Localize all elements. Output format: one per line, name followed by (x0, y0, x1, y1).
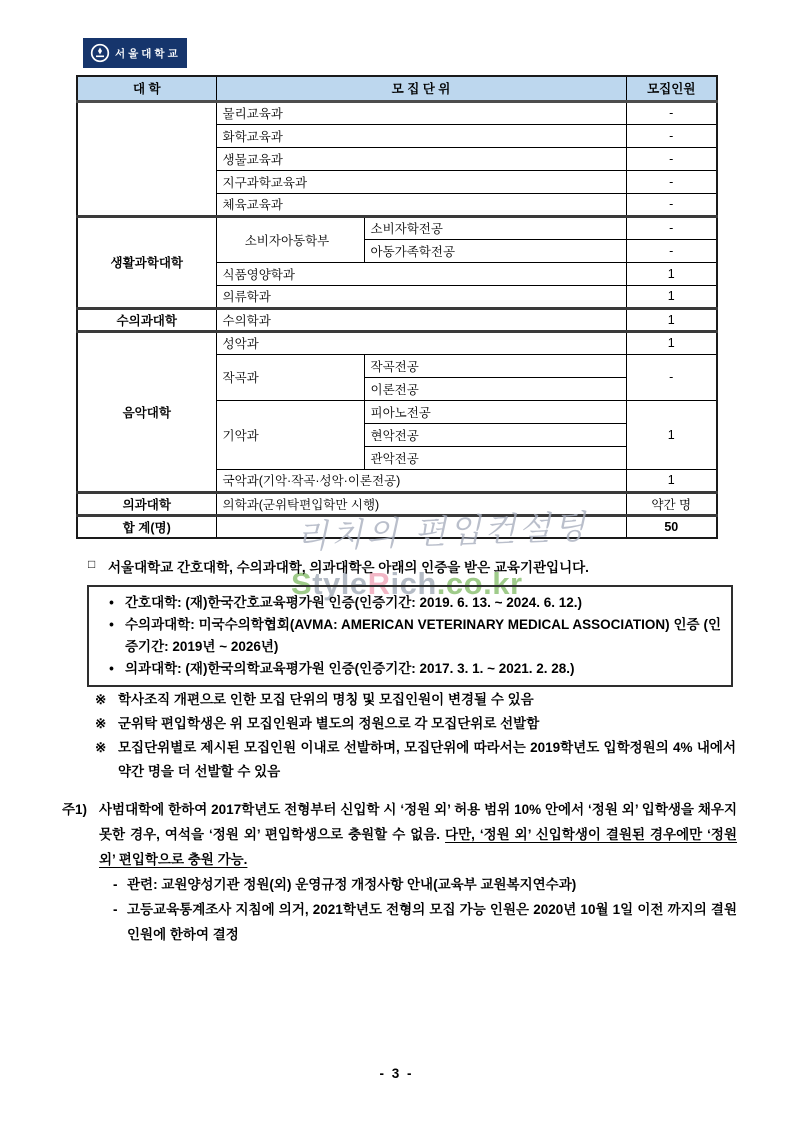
reference-mark-icon: ※ (95, 736, 118, 784)
cell-major: 이론전공 (364, 377, 626, 400)
cell-quota: - (626, 239, 717, 262)
cell-major: 관악전공 (364, 446, 626, 469)
header-unit: 모 집 단 위 (216, 76, 626, 101)
cell-quota: - (626, 170, 717, 193)
table-row: 생활과학대학 소비자아동학부 소비자학전공 - (77, 216, 717, 239)
dash-marker: - (113, 897, 127, 947)
footnote-paragraph: 주1) 사범대학에 한하여 2017학년도 전형부터 신입학 시 ‘정원 외’ … (62, 797, 737, 872)
footnote-text: 사범대학에 한하여 2017학년도 전형부터 신입학 시 ‘정원 외’ 허용 범… (99, 797, 737, 872)
cell-unit: 지구과학교육과 (216, 170, 626, 193)
cell-unit: 물리교육과 (216, 101, 626, 124)
cell-major: 아동가족학전공 (364, 239, 626, 262)
cell-quota: - (626, 101, 717, 124)
dash-marker: - (113, 872, 127, 897)
cell-dept: 기악과 (216, 400, 364, 469)
reference-mark-icon: ※ (95, 688, 118, 712)
header-college: 대 학 (77, 76, 216, 101)
cell-unit: 식품영양학과 (216, 262, 626, 285)
bullet-icon: • (103, 614, 120, 658)
cell-quota: 1 (626, 400, 717, 469)
cell-college: 생활과학대학 (77, 216, 216, 308)
cell-quota: 1 (626, 469, 717, 492)
note-item: ※ 학사조직 개편으로 인한 모집 단위의 명칭 및 모집인원이 변경될 수 있… (95, 688, 736, 712)
logo-text: 서울대학교 (115, 46, 181, 61)
page-number: - 3 - (0, 1066, 793, 1081)
cell-quota: 1 (626, 308, 717, 331)
cell-quota: - (626, 193, 717, 216)
footnote-subitem: - 관련: 교원양성기관 정원(외) 운영규정 개정사항 안내(교육부 교원복지… (62, 872, 737, 897)
admission-quota-table: 대 학 모 집 단 위 모집인원 물리교육과 - 화학교육과 - 생물교육과 -… (76, 75, 718, 539)
reference-mark-icon: ※ (95, 712, 118, 736)
cell-quota: - (626, 124, 717, 147)
note-text: 모집단위별로 제시된 모집인원 이내로 선발하며, 모집단위에 따라서는 201… (118, 736, 736, 784)
cell-unit: 성악과 (216, 331, 626, 354)
certification-item: • 수의과대학: 미국수의학협회(AVMA: AMERICAN VETERINA… (89, 614, 723, 658)
cell-college: 수의과대학 (77, 308, 216, 331)
cell-quota: - (626, 147, 717, 170)
cell-unit: 국악과(기악·작곡·성악·이론전공) (216, 469, 626, 492)
header-quota: 모집인원 (626, 76, 717, 101)
certification-item: • 간호대학: (재)한국간호교육평가원 인증(인증기간: 2019. 6. 1… (89, 592, 723, 614)
table-row: 음악대학 성악과 1 (77, 331, 717, 354)
table-row: 수의과대학 수의학과 1 (77, 308, 717, 331)
cell-unit: 화학교육과 (216, 124, 626, 147)
footnote-subitem-text: 관련: 교원양성기관 정원(외) 운영규정 개정사항 안내(교육부 교원복지연수… (127, 872, 737, 897)
cell-college: 의과대학 (77, 492, 216, 515)
cell-college: 합 계(명) (77, 515, 216, 538)
table-row: 물리교육과 - (77, 101, 717, 124)
university-logo: 서울대학교 (83, 38, 187, 68)
footnote-label: 주1) (62, 797, 99, 872)
watermark-script-text: 리치의 편입컨설팅 (295, 501, 589, 558)
cell-college (77, 101, 216, 216)
cell-unit: 생물교육과 (216, 147, 626, 170)
cell-major: 현악전공 (364, 423, 626, 446)
notes-section: ※ 학사조직 개편으로 인한 모집 단위의 명칭 및 모집인원이 변경될 수 있… (95, 688, 736, 784)
note-item: ※ 군위탁 편입학생은 위 모집인원과 별도의 정원으로 각 모집단위로 선발함 (95, 712, 736, 736)
certification-box: • 간호대학: (재)한국간호교육평가원 인증(인증기간: 2019. 6. 1… (87, 585, 733, 687)
certification-heading-text: 서울대학교 간호대학, 수의과대학, 의과대학은 아래의 인증을 받은 교육기관… (108, 556, 589, 576)
note-text: 학사조직 개편으로 인한 모집 단위의 명칭 및 모집인원이 변경될 수 있음 (118, 688, 736, 712)
bullet-icon: • (103, 658, 120, 680)
certification-item: • 의과대학: (재)한국의학교육평가원 인증(인증기간: 2017. 3. 1… (89, 658, 723, 680)
square-marker: □ (88, 556, 108, 576)
cell-quota: 1 (626, 331, 717, 354)
certification-heading: □ 서울대학교 간호대학, 수의과대학, 의과대학은 아래의 인증을 받은 교육… (88, 556, 728, 576)
cell-unit: 수의학과 (216, 308, 626, 331)
cell-unit: 의류학과 (216, 285, 626, 308)
note-text: 군위탁 편입학생은 위 모집인원과 별도의 정원으로 각 모집단위로 선발함 (118, 712, 736, 736)
cell-dept: 작곡과 (216, 354, 364, 400)
cell-quota: - (626, 216, 717, 239)
cell-major: 작곡전공 (364, 354, 626, 377)
cell-dept: 소비자아동학부 (216, 216, 364, 262)
cell-quota: 1 (626, 285, 717, 308)
table-header-row: 대 학 모 집 단 위 모집인원 (77, 76, 717, 101)
university-seal-icon (90, 43, 110, 63)
document-page: 리치의 편입컨설팅 StyleRich.co.kr 서울대학교 대 학 모 집 … (0, 0, 793, 1121)
footnote-section: 주1) 사범대학에 한하여 2017학년도 전형부터 신입학 시 ‘정원 외’ … (62, 797, 737, 947)
note-item: ※ 모집단위별로 제시된 모집인원 이내로 선발하며, 모집단위에 따라서는 2… (95, 736, 736, 784)
footnote-subitem: - 고등교육통계조사 지침에 의거, 2021학년도 전형의 모집 가능 인원은… (62, 897, 737, 947)
cell-quota: 약간 명 (626, 492, 717, 515)
cell-quota: 50 (626, 515, 717, 538)
cell-quota: - (626, 354, 717, 400)
cell-major: 소비자학전공 (364, 216, 626, 239)
bullet-icon: • (103, 592, 120, 614)
footnote-subitem-text: 고등교육통계조사 지침에 의거, 2021학년도 전형의 모집 가능 인원은 2… (127, 897, 737, 947)
certification-item-text: 간호대학: (재)한국간호교육평가원 인증(인증기간: 2019. 6. 13.… (120, 592, 723, 614)
cell-unit: 체육교육과 (216, 193, 626, 216)
certification-item-text: 수의과대학: 미국수의학협회(AVMA: AMERICAN VETERINARY… (120, 614, 723, 658)
cell-college: 음악대학 (77, 331, 216, 492)
cell-quota: 1 (626, 262, 717, 285)
certification-item-text: 의과대학: (재)한국의학교육평가원 인증(인증기간: 2017. 3. 1. … (120, 658, 723, 680)
cell-major: 피아노전공 (364, 400, 626, 423)
